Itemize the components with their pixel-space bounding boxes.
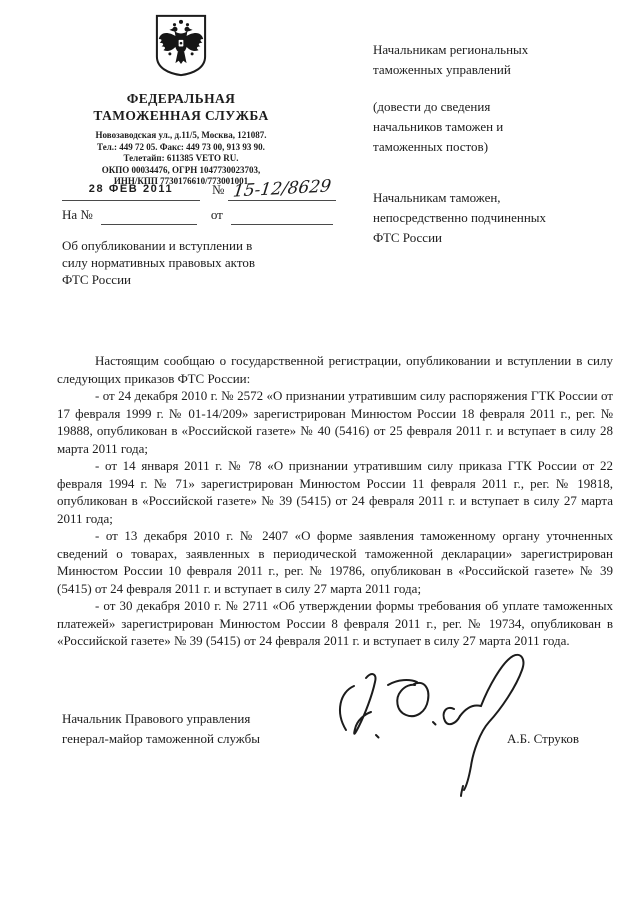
body-paragraph: - от 14 января 2011 г. № 78 «О признании…	[57, 457, 613, 527]
subject: Об опубликовании и вступлении в силу нор…	[62, 237, 332, 288]
handwritten-signature-icon	[330, 648, 550, 803]
recipient-block-direct: Начальникам таможен, непосредственно под…	[373, 188, 618, 248]
date-stamp-cell: 28 ФЕВ 2011	[62, 179, 200, 201]
address-line: Телетайп: 611385 VETO RU.	[60, 153, 302, 165]
coat-of-arms-icon	[153, 14, 209, 77]
body-paragraph: - от 24 декабря 2010 г. № 2572 «О призна…	[57, 387, 613, 457]
handwritten-number-line: 15-12/8629	[228, 179, 336, 201]
number-cell: № 15-12/8629	[212, 179, 336, 201]
letterhead: ФЕДЕРАЛЬНАЯ ТАМОЖЕННАЯ СЛУЖБА Новозаводс…	[60, 14, 302, 188]
signer-name: А.Б. Струков	[507, 731, 579, 747]
number-sign: №	[212, 182, 224, 201]
body-paragraph: Настоящим сообщаю о государственной реги…	[57, 352, 613, 387]
org-name-line: ФЕДЕРАЛЬНАЯ	[60, 91, 302, 108]
date-stamp: 28 ФЕВ 2011	[89, 183, 173, 195]
body-text: Настоящим сообщаю о государственной реги…	[57, 352, 613, 650]
body-paragraph: - от 30 декабря 2010 г. № 2711 «Об утвер…	[57, 597, 613, 650]
document-page: ФЕДЕРАЛЬНАЯ ТАМОЖЕННАЯ СЛУЖБА Новозаводс…	[0, 0, 640, 900]
ref-from-label: от	[211, 207, 223, 225]
reference-row: На № от	[62, 207, 333, 225]
body-paragraph: - от 13 декабря 2010 г. № 2407 «О форме …	[57, 527, 613, 597]
signer-position: Начальник Правового управления генерал-м…	[62, 709, 312, 749]
address-line: Тел.: 449 72 05. Факс: 449 73 00, 913 93…	[60, 142, 302, 154]
address-line: Новозаводская ул., д.11/5, Москва, 12108…	[60, 130, 302, 142]
ref-no-label: На №	[62, 207, 93, 225]
recipients: Начальникам региональных таможенных упра…	[373, 40, 618, 248]
ref-date-blank	[231, 210, 333, 225]
recipient-block-regional: Начальникам региональных таможенных упра…	[373, 40, 618, 80]
ref-no-blank	[101, 210, 197, 225]
org-name: ФЕДЕРАЛЬНАЯ ТАМОЖЕННАЯ СЛУЖБА	[60, 91, 302, 124]
handwritten-number: 15-12/8629	[232, 176, 332, 201]
date-number-row: 28 ФЕВ 2011 № 15-12/8629	[62, 179, 342, 201]
org-name-line: ТАМОЖЕННАЯ СЛУЖБА	[60, 108, 302, 125]
address-line: ОКПО 00034476, ОГРН 1047730023703,	[60, 165, 302, 177]
recipient-block-note: (довести до сведения начальников таможен…	[373, 97, 618, 157]
